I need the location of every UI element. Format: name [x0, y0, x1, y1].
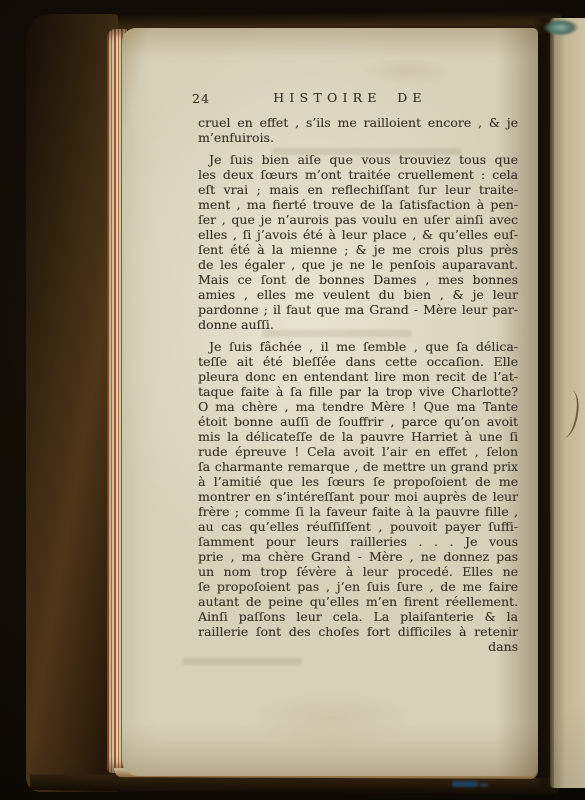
printed-text-block: 24 HISTOIRE DE cruel en effet , s’ils me…	[198, 90, 518, 654]
text-line: ment , ma fierté trouve de la ſatisfacti…	[198, 197, 518, 212]
text-line: mis la délicateſſe de la pauvre Harriet …	[198, 429, 518, 444]
catchword-row: dans	[198, 639, 518, 654]
paper-stain	[242, 688, 422, 748]
text-line: prie , ma chère Grand - Mère , ne donnez…	[198, 549, 518, 564]
text-line: Ainſi paſſons leur cela. La plaiſanterie…	[198, 609, 518, 624]
text-line: amies , elles me veulent du bien , & je …	[198, 287, 518, 302]
text-line: rude épreuve ! Cela avoit l’air en effet…	[198, 444, 518, 459]
text-line: pleura donc en entendant lire mon recit …	[198, 369, 518, 384]
headband	[543, 19, 579, 36]
text-line: un nom trop ſévère à leur procedé. Elles…	[198, 564, 518, 579]
text-line: Mais ce ſont de bonnes Dames , mes bonne…	[198, 272, 518, 287]
text-line: ſe propoſoient pas , j’en ſuis ſure , de…	[198, 579, 518, 594]
text-line: cruel en effet , s’ils me railloient enc…	[198, 115, 518, 130]
page-text: cruel en effet , s’ils me railloient enc…	[198, 115, 518, 639]
paper-stain	[362, 58, 452, 84]
ink-smudge	[452, 781, 478, 787]
pen-mark	[556, 389, 582, 439]
book-cover-left	[26, 14, 118, 792]
text-line: taque faite à ſa fille par la trop vive …	[198, 384, 518, 399]
book-photo-scene: 24 HISTOIRE DE cruel en effet , s’ils me…	[0, 0, 585, 800]
text-line: O ma chère , ma tendre Mère ! Que ma Tan…	[198, 399, 518, 414]
text-line: raillerie ſont des choſes fort difficile…	[198, 624, 518, 639]
catchword: dans	[488, 639, 518, 654]
text-line: frère ; comme ſi la faveur faite à la pa…	[198, 504, 518, 519]
running-title: HISTOIRE DE	[190, 90, 510, 105]
text-line: Je ſuis bien aiſe que vous trouviez tous…	[198, 152, 518, 167]
text-line: ſer , que je n’aurois pas voulu en uſer …	[198, 212, 518, 227]
page-header: 24 HISTOIRE DE	[198, 90, 518, 108]
text-line: étoit bonne auſſi de ſouffrir , parce qu…	[198, 414, 518, 429]
text-line: au cas qu’elles réuſſiſſent , pouvoit pa…	[198, 519, 518, 534]
ink-smudge	[480, 783, 488, 787]
text-line: pardonne ; il faut que ma Grand - Mère l…	[198, 302, 518, 317]
text-line: à l’amitié que les ſœurs ſe propoſoient …	[198, 474, 518, 489]
text-line: donne auſſi.	[198, 317, 518, 332]
text-line: de les égaler , que je ne le penſois aup…	[198, 257, 518, 272]
text-line: autant de peine qu’elles m’en firent rée…	[198, 594, 518, 609]
text-line: montrer en s’intéreſſant pour moi auprès…	[198, 489, 518, 504]
text-line: ſamment pour leurs railleries . . . Je v…	[198, 534, 518, 549]
text-line: ſa charmante remarque , de mettre un gra…	[198, 459, 518, 474]
text-line: Je ſuis fâchée , il me ſemble , que ſa d…	[198, 339, 518, 354]
book-page: 24 HISTOIRE DE cruel en effet , s’ils me…	[122, 28, 538, 776]
text-line: teſſe ait été bleſſée dans cette occaſio…	[198, 354, 518, 369]
show-through-smudge	[182, 658, 302, 665]
text-line: les deux ſœurs m’ont traitée cruellement…	[198, 167, 518, 182]
text-line: m’enfuirois.	[198, 130, 518, 145]
text-line: eſt vrai ; mais en reflechiſſant ſur leu…	[198, 182, 518, 197]
text-line: ſent été à la mienne ; & je me crois plu…	[198, 242, 518, 257]
facing-page-sliver	[550, 18, 585, 788]
text-line: elles , ſi j’avois été à leur place , & …	[198, 227, 518, 242]
